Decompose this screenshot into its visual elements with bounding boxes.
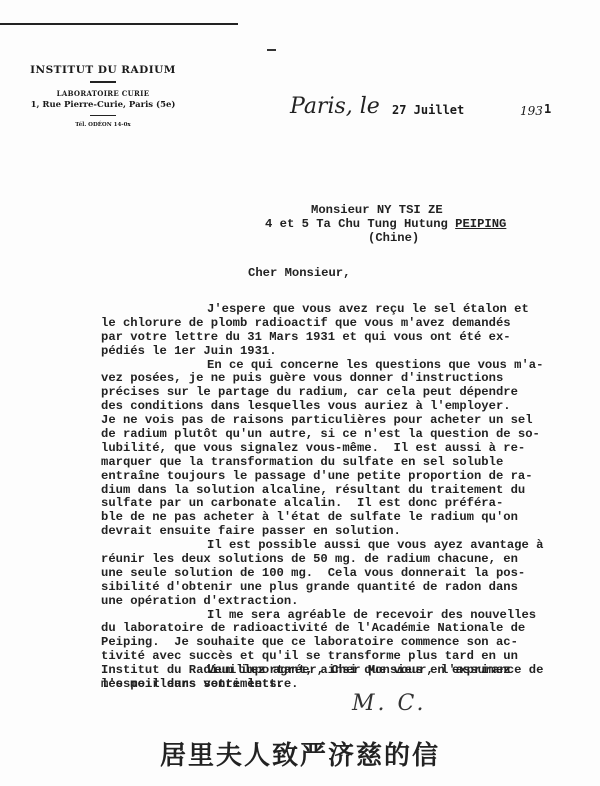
text-line: Il est possible aussi que vous ayez avan… [101, 538, 543, 552]
recipient-address: 4 et 5 Ta Chu Tung Hutung PEIPING [265, 217, 506, 231]
text-line: du laboratoire de radioactivité de l'Aca… [101, 621, 543, 635]
recipient-city: PEIPING [455, 217, 506, 231]
letterhead-telephone: Tél. ODÉON 14-0x [28, 122, 178, 128]
signature: M. C. [352, 691, 427, 716]
text-line: pédiés le 1er Juin 1931. [101, 344, 543, 358]
text-line: une seule solution de 100 mg. Cela vous … [101, 566, 543, 580]
top-rule [0, 23, 238, 25]
text-line: le chlorure de plomb radioactif que vous… [101, 316, 543, 330]
text-line: de radium plutôt qu'un autre, si ce n'es… [101, 427, 543, 441]
date-place: Paris, le [290, 94, 380, 119]
dash-mark [267, 49, 276, 51]
salutation: Cher Monsieur, [248, 266, 350, 280]
text-line: des conditions dans lesquelles vous auri… [101, 399, 543, 413]
text-line: Je ne vois pas de raisons particulières … [101, 413, 543, 427]
text-line: précises sur le partage du radium, car c… [101, 385, 543, 399]
text-line: sibilité d'obtenir une plus grande quant… [101, 580, 543, 594]
date-day-month: 27 Juillet [392, 103, 464, 117]
text-line: entraîne toujours le passage d'une petit… [101, 469, 543, 483]
text-line: Il me sera agréable de recevoir des nouv… [101, 608, 543, 622]
date-year-prefix: 193 [520, 104, 543, 118]
letterhead-rule-2 [90, 115, 116, 117]
text-line: lubilité, que vous signalez vous-même. I… [101, 441, 543, 455]
letterhead-address: 1, Rue Pierre-Curie, Paris (5e) [28, 100, 178, 110]
date-year-suffix: 1 [544, 102, 551, 116]
recipient-block: Monsieur NY TSI ZE 4 et 5 Ta Chu Tung Hu… [0, 203, 600, 259]
letterhead-rule [90, 81, 116, 83]
text-line: J'espere que vous avez reçu le sel étalo… [101, 302, 543, 316]
text-line: Peiping. Je souhaite que ce laboratoire … [101, 635, 543, 649]
text-line: vez posées, je ne puis guère vous donner… [101, 371, 543, 385]
letterhead: INSTITUT DU RADIUM LABORATOIRE CURIE 1, … [28, 64, 178, 128]
text-line: devrait ensuite faire passer en solution… [101, 524, 543, 538]
text-line: tivité avec succès et qu'il se transform… [101, 649, 543, 663]
text-line: mes meilleurs sentiments. [101, 677, 543, 691]
letterhead-laboratory: LABORATOIRE CURIE [28, 89, 178, 98]
letter-closing: Veuillez agréer, Cher Monsieur, l'assura… [101, 663, 543, 691]
letterhead-institute: INSTITUT DU RADIUM [28, 64, 178, 76]
text-line: marquer que la transformation du sulfate… [101, 455, 543, 469]
recipient-name: Monsieur NY TSI ZE [311, 203, 443, 217]
text-line: En ce qui concerne les questions que vou… [101, 358, 543, 372]
text-line: réunir les deux solutions de 50 mg. de r… [101, 552, 543, 566]
text-line: une opération d'extraction. [101, 594, 543, 608]
text-line: par votre lettre du 31 Mars 1931 et qui … [101, 330, 543, 344]
recipient-street: 4 et 5 Ta Chu Tung Hutung [265, 217, 455, 231]
dateline: Paris, le 27 Juillet 193 1 [290, 94, 590, 124]
text-line: dium dans la solution alcaline, résultan… [101, 483, 543, 497]
letter-body: J'espere que vous avez reçu le sel étalo… [101, 302, 543, 691]
text-line: Veuillez agréer, Cher Monsieur, l'assura… [101, 663, 543, 677]
recipient-country: (Chine) [368, 231, 419, 245]
text-line: ble de ne pas acheter à l'état de sulfat… [101, 510, 543, 524]
text-line: sulfate par un carbonate alcalin. Il est… [101, 496, 543, 510]
caption: 居里夫人致严济慈的信 [0, 735, 600, 772]
